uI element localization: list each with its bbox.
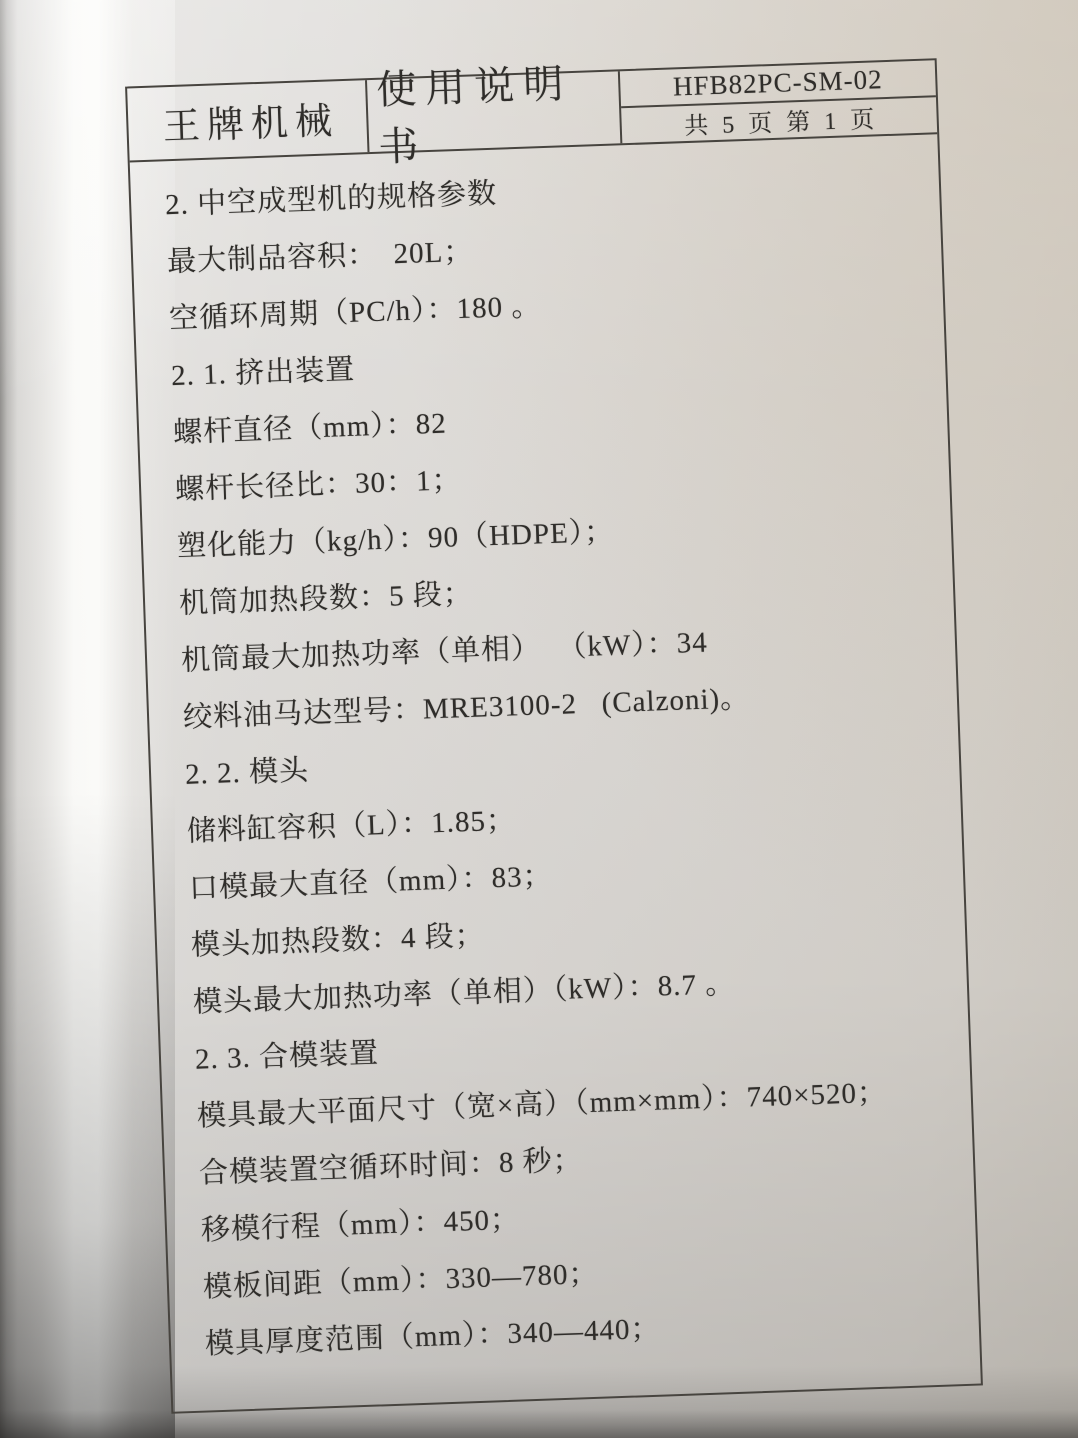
company-name: 王牌机械 xyxy=(127,80,369,160)
doc-info-cell: HFB82PC-SM-02 共 5 页 第 1 页 xyxy=(620,60,937,143)
document-body: 2. 中空成型机的规格参数最大制品容积： 20L；空循环周期（PC/h）：180… xyxy=(130,134,980,1371)
manual-title: 使用说明书 xyxy=(367,71,622,152)
paper-bottom-shadow xyxy=(0,1410,1078,1438)
document-table: 王牌机械 使用说明书 HFB82PC-SM-02 共 5 页 第 1 页 2. … xyxy=(125,58,983,1414)
